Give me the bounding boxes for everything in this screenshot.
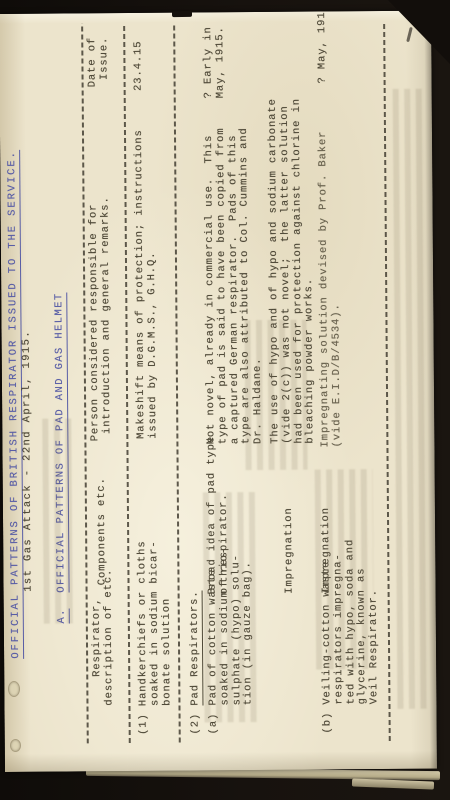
page-edge-notch — [172, 11, 192, 17]
table-rule-top — [81, 23, 89, 743]
bleedthrough-text — [203, 492, 261, 722]
row-a-date: ? Early in May, 1915. — [203, 26, 227, 98]
row1-remarks: Makeshift means of protection; instructi… — [134, 129, 160, 439]
document-subtitle: 1st Gas Attack - 22nd April, 1915. — [22, 330, 36, 592]
table-rule-under-header — [123, 23, 131, 743]
table-rule-bottom — [383, 21, 391, 741]
punch-hole — [10, 739, 21, 752]
column-header-remarks: Person considered responsible for introd… — [88, 196, 114, 441]
row-b-remarks: Impregnating solution devised by Prof. B… — [318, 130, 344, 447]
row-b-date: ? May, 1915 — [317, 11, 329, 84]
column-header-date: Date of Issue. — [87, 37, 111, 88]
section-2-heading: (2) Pad Respirators. — [190, 590, 203, 734]
row1-description: (1) Handkerchiefs or cloths soaked in so… — [137, 540, 174, 735]
bleedthrough-text — [393, 89, 431, 709]
column-header-components: Components etc. — [97, 477, 110, 585]
subrow-components: Impregnation — [284, 507, 296, 594]
bleedthrough-text — [315, 469, 375, 669]
table-rule-under-row1 — [173, 23, 181, 743]
punch-hole — [8, 681, 20, 697]
row1-date: 23.4.15 — [133, 40, 145, 91]
bleedthrough-text — [244, 320, 307, 470]
underlying-sheet-edge-2 — [352, 778, 434, 789]
document-paper: OFFICIAL PATTERNS OF BRITISH RESPIRATOR … — [0, 11, 437, 772]
bleedthrough-text — [42, 418, 74, 623]
scanned-document-page: OFFICIAL PATTERNS OF BRITISH RESPIRATOR … — [0, 0, 450, 800]
